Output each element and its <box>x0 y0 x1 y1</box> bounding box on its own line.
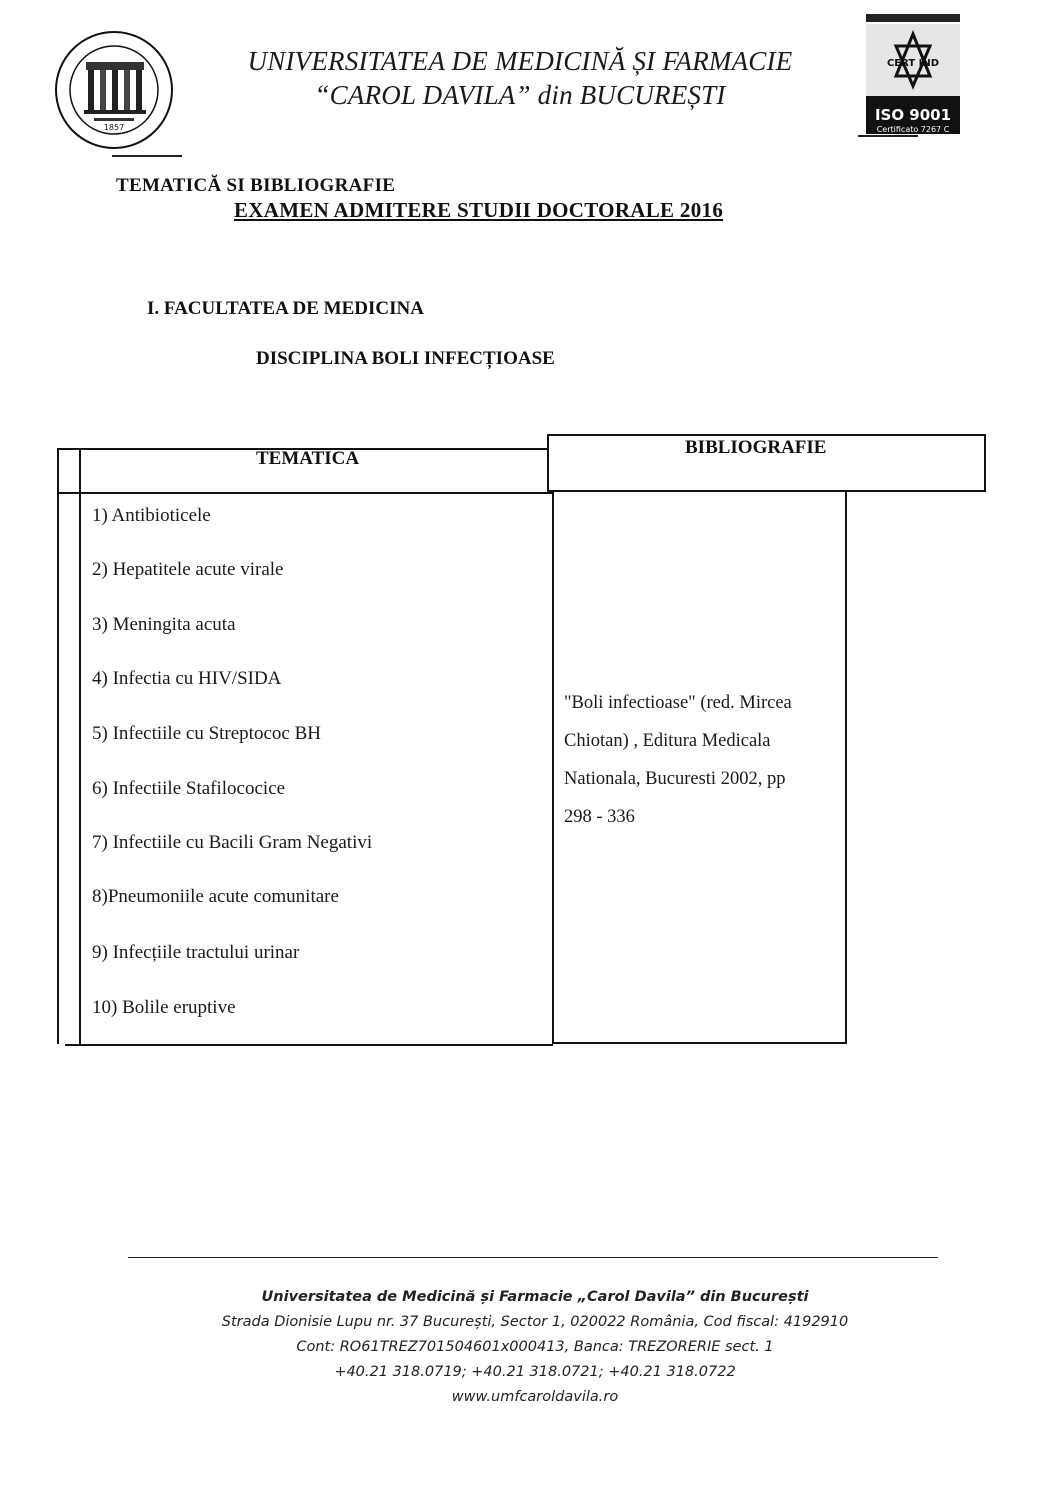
logo-divider <box>858 135 918 137</box>
topic-item: 3) Meningita acuta <box>92 614 236 636</box>
table-border <box>65 1044 553 1046</box>
topic-item: 1) Antibioticele <box>92 505 211 527</box>
university-name: UNIVERSITATEA DE MEDICINĂ ȘI FARMACIE “C… <box>200 44 840 112</box>
topic-item: 2) Hepatitele acute virale <box>92 559 283 581</box>
table-border <box>547 434 549 492</box>
footer-address: Strada Dionisie Lupu nr. 37 București, S… <box>130 1310 940 1335</box>
topic-item: 4) Infectia cu HIV/SIDA <box>92 668 281 690</box>
svg-text:1857: 1857 <box>104 123 124 132</box>
svg-text:Certificato 7267 C: Certificato 7267 C <box>877 125 950 134</box>
bibliography-line: Chiotan) , Editura Medicala <box>564 722 854 760</box>
table-border <box>552 1042 846 1044</box>
footer-divider <box>128 1257 938 1258</box>
document-title: EXAMEN ADMITERE STUDII DOCTORALE 2016 <box>234 198 723 223</box>
university-name-line2: “CAROL DAVILA” din BUCUREȘTI <box>200 78 840 112</box>
table-border <box>79 448 81 1044</box>
table-border <box>984 434 986 492</box>
svg-text:ISO 9001: ISO 9001 <box>875 106 951 124</box>
footer-website-link[interactable]: www.umfcaroldavila.ro <box>130 1385 940 1410</box>
footer-bank-account: Cont: RO61TREZ701504601x000413, Banca: T… <box>130 1335 940 1360</box>
footer-institution-name: Universitatea de Medicină și Farmacie „C… <box>130 1285 940 1310</box>
table-border <box>57 492 553 494</box>
table-border <box>547 434 985 436</box>
faculty-heading: I. FACULTATEA DE MEDICINA <box>147 298 424 320</box>
topic-item: 8)Pneumoniile acute comunitare <box>92 886 339 908</box>
bibliography-line: 298 - 336 <box>564 798 854 836</box>
bibliography-line: "Boli infectioase" (red. Mircea <box>564 684 854 722</box>
svg-text:CERT IND: CERT IND <box>887 58 939 69</box>
document-subtitle: TEMATICĂ SI BIBLIOGRAFIE <box>116 175 395 197</box>
topic-item: 9) Infecțiile tractului urinar <box>92 942 299 964</box>
discipline-heading: DISCIPLINA BOLI INFECȚIOASE <box>256 348 555 370</box>
table-border <box>57 448 59 1044</box>
bibliography-reference: "Boli infectioase" (red. Mircea Chiotan)… <box>564 684 854 836</box>
table-border <box>552 492 554 1044</box>
column-header-bibliografie: BIBLIOGRAFIE <box>685 437 826 459</box>
topic-item: 10) Bolile eruptive <box>92 997 236 1019</box>
logo-divider <box>112 155 182 157</box>
iso-certification-icon: CERT IND ISO 9001 Certificato 7267 C <box>858 6 968 136</box>
topic-item: 6) Infectiile Stafilococice <box>92 778 285 800</box>
table-border <box>547 490 985 492</box>
university-name-line1: UNIVERSITATEA DE MEDICINĂ ȘI FARMACIE <box>200 44 840 78</box>
university-seal-icon: 1857 <box>52 28 182 156</box>
bibliography-line: Nationala, Bucuresti 2002, pp <box>564 760 854 798</box>
topic-item: 5) Infectiile cu Streptococ BH <box>92 723 321 745</box>
footer: Universitatea de Medicină și Farmacie „C… <box>130 1285 940 1410</box>
footer-phones: +40.21 318.0719; +40.21 318.0721; +40.21… <box>130 1360 940 1385</box>
topic-item: 7) Infectiile cu Bacili Gram Negativi <box>92 832 372 854</box>
column-header-tematica: TEMATICA <box>256 448 359 470</box>
